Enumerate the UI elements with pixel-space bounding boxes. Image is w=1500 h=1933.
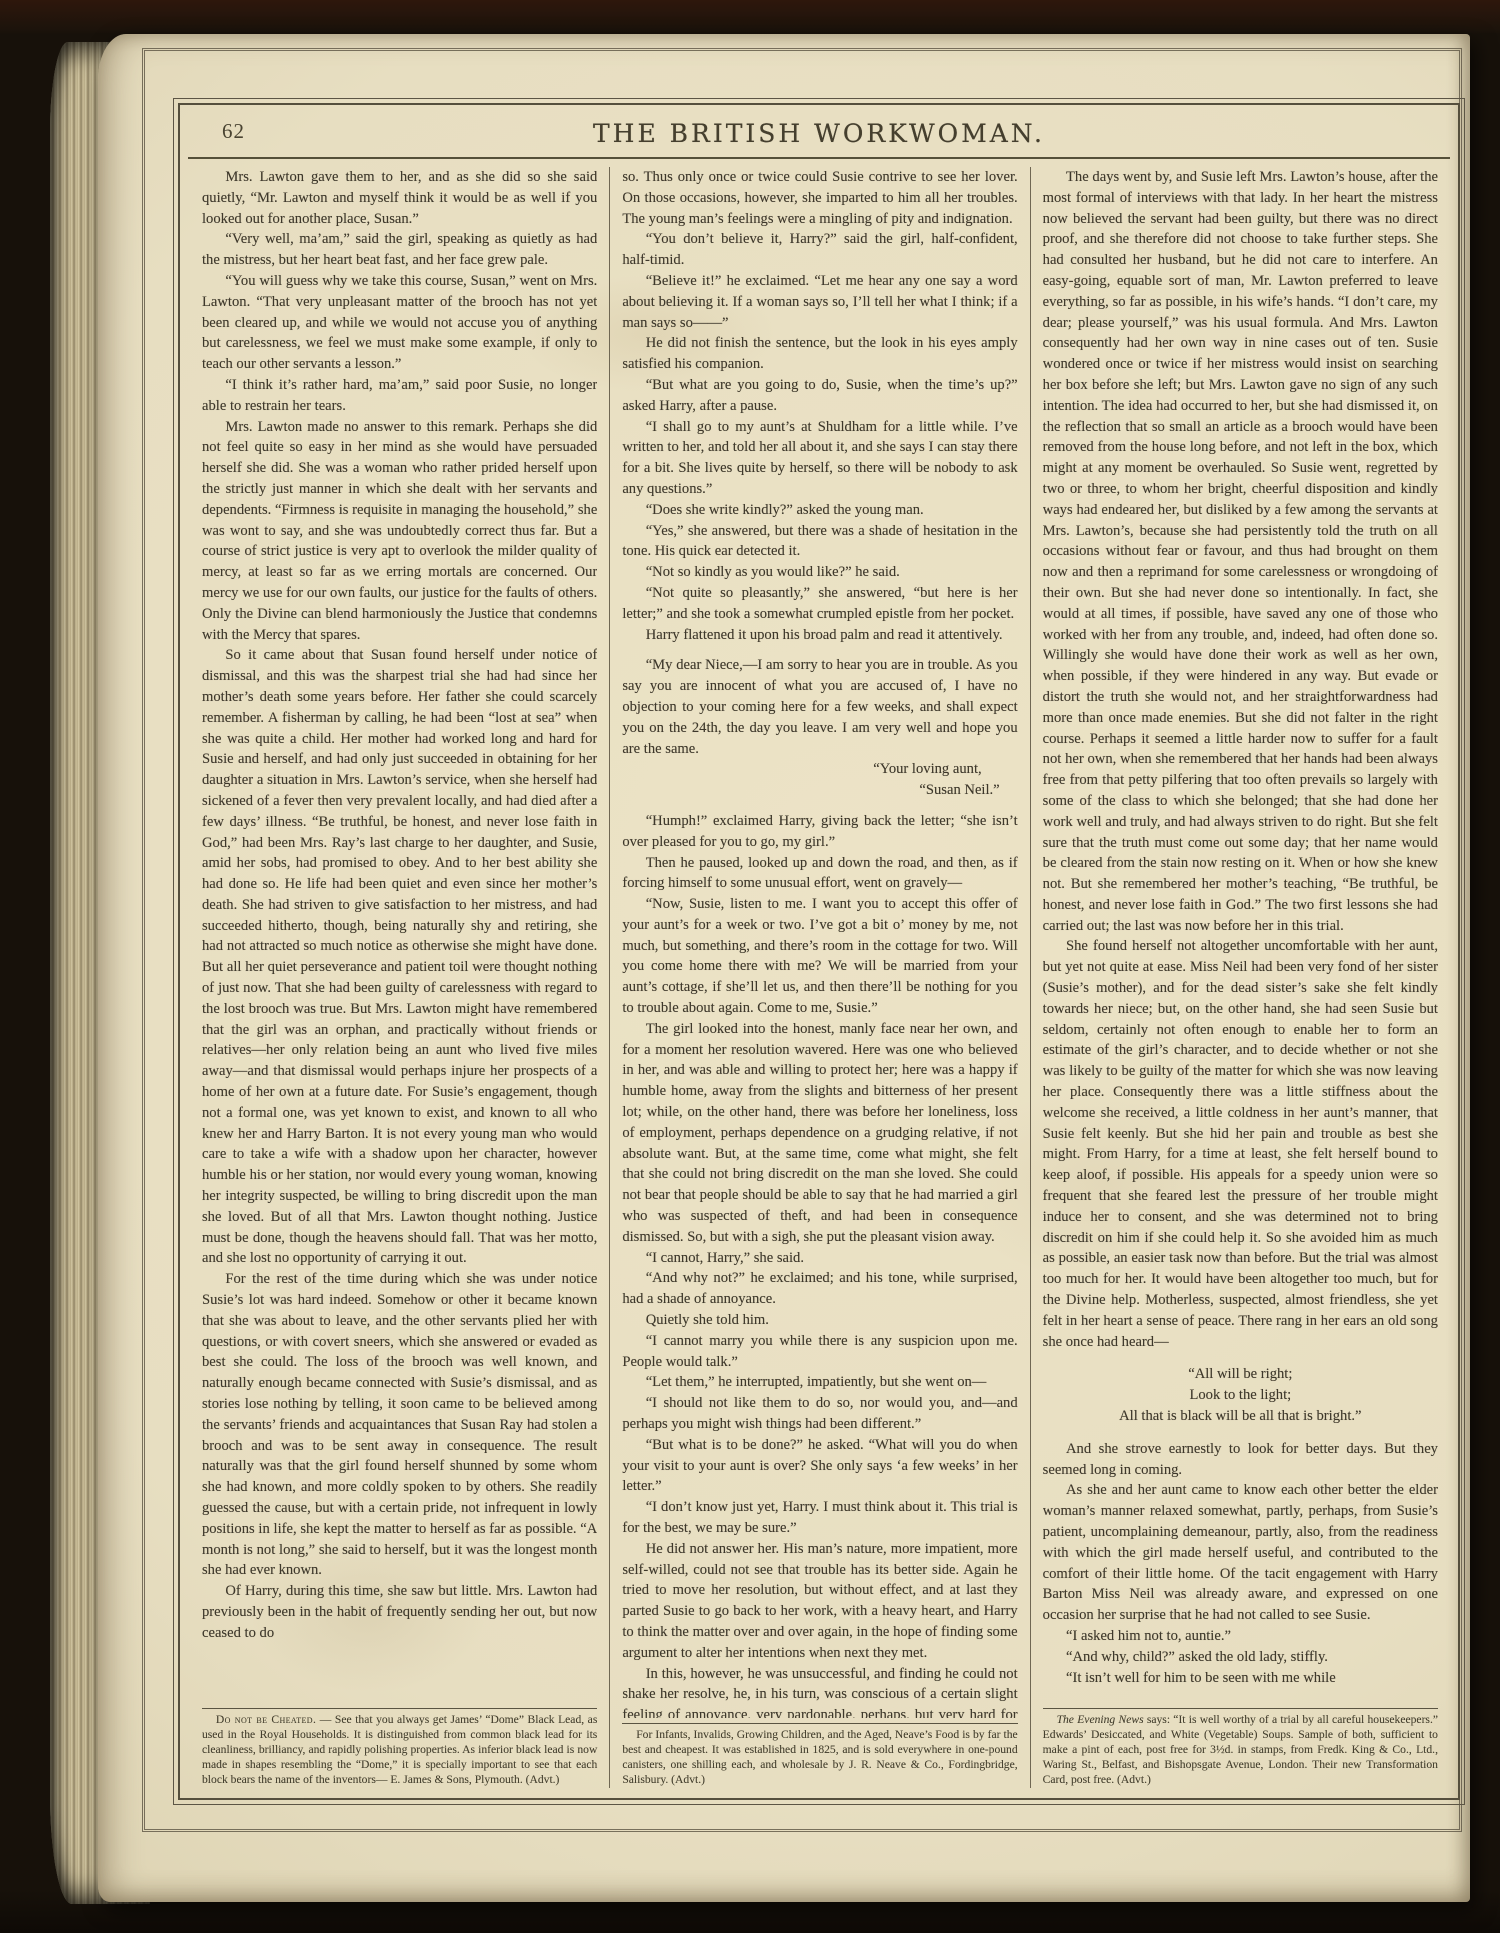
paragraph: “And why not?” he exclaimed; and his ton… [622, 1268, 1017, 1310]
column-left: Mrs. Lawton gave them to her, and as she… [190, 167, 609, 1788]
paragraph: “Now, Susie, listen to me. I want you to… [622, 894, 1017, 1019]
column-right-text: The days went by, and Susie left Mrs. La… [1043, 167, 1438, 1703]
paragraph: The girl looked into the honest, manly f… [622, 1019, 1017, 1248]
advert-footnote: For Infants, Invalids, Growing Children,… [622, 1728, 1017, 1788]
footnote-block: Do not be Cheated. — See that you always… [202, 1708, 597, 1788]
paragraph: Of Harry, during this time, she saw but … [202, 1581, 597, 1643]
paragraph: Quietly she told him. [622, 1310, 1017, 1331]
paragraph: “Let them,” he interrupted, impatiently,… [622, 1372, 1017, 1393]
footnote-rule [202, 1708, 597, 1709]
footnote-lead: Do not be Cheated. [216, 1713, 316, 1726]
column-left-text: Mrs. Lawton gave them to her, and as she… [202, 167, 597, 1703]
paragraph: As she and her aunt came to know each ot… [1043, 1480, 1438, 1626]
column-right: The days went by, and Susie left Mrs. La… [1030, 167, 1450, 1788]
paragraph: Then he paused, looked up and down the r… [622, 853, 1017, 895]
paragraph: “Not so kindly as you would like?” he sa… [622, 562, 1017, 583]
column-middle: so. Thus only once or twice could Susie … [609, 167, 1029, 1788]
paragraph: Harry flattened it upon his broad palm a… [622, 625, 1017, 646]
footnote-block: For Infants, Invalids, Growing Children,… [622, 1723, 1017, 1788]
newspaper-page: 62 THE BRITISH WORKWOMAN. Mrs. Lawton ga… [98, 34, 1470, 1902]
paragraph: “I shall go to my aunt’s at Shuldham for… [622, 417, 1017, 500]
paragraph: So it came about that Susan found hersel… [202, 645, 597, 1269]
paragraph: so. Thus only once or twice could Susie … [622, 167, 1017, 229]
paragraph: “I don’t know just yet, Harry. I must th… [622, 1497, 1017, 1539]
footnote-lead: The Evening News [1057, 1713, 1144, 1726]
paragraph: “My dear Niece,—I am sorry to hear you a… [622, 655, 1017, 759]
paragraph: “All will be right; Look to the light; A… [1043, 1364, 1438, 1426]
paragraph: “It isn’t well for him to be seen with m… [1043, 1668, 1438, 1689]
paragraph: “Yes,” she answered, but there was a sha… [622, 521, 1017, 563]
paragraph: “I should not like them to do so, nor wo… [622, 1393, 1017, 1435]
paragraph: “Humph!” exclaimed Harry, giving back th… [622, 811, 1017, 853]
paragraph: “I think it’s rather hard, ma’am,” said … [202, 375, 597, 417]
paragraph: The days went by, and Susie left Mrs. La… [1043, 167, 1438, 936]
paragraph: Mrs. Lawton gave them to her, and as she… [202, 167, 597, 229]
paragraph: He did not answer her. His man’s nature,… [622, 1539, 1017, 1664]
paragraph: “Your loving aunt, [622, 759, 1017, 780]
masthead: 62 THE BRITISH WORKWOMAN. [180, 105, 1458, 153]
paragraph: For the rest of the time during which sh… [202, 1269, 597, 1581]
paragraph: “But what are you going to do, Susie, wh… [622, 375, 1017, 417]
paragraph: “You will guess why we take this course,… [202, 271, 597, 375]
paragraph: “Susan Neil.” [622, 780, 1017, 801]
paragraph: “Does she write kindly?” asked the young… [622, 500, 1017, 521]
page-frame: 62 THE BRITISH WORKWOMAN. Mrs. Lawton ga… [178, 103, 1460, 1800]
column-layout: Mrs. Lawton gave them to her, and as she… [180, 159, 1458, 1798]
page-number: 62 [222, 119, 245, 144]
paragraph: “You don’t believe it, Harry?” said the … [622, 229, 1017, 271]
paragraph: “Not quite so pleasantly,” she answered,… [622, 583, 1017, 625]
paragraph: In this, however, he was unsuccessful, a… [622, 1664, 1017, 1719]
paragraph: “I cannot marry you while there is any s… [622, 1331, 1017, 1373]
footnote-block: The Evening News says: “It is well worth… [1043, 1708, 1438, 1788]
paragraph: “But what is to be done?” he asked. “Wha… [622, 1435, 1017, 1497]
advert-footnote: The Evening News says: “It is well worth… [1043, 1713, 1438, 1788]
column-middle-text: so. Thus only once or twice could Susie … [622, 167, 1017, 1718]
page-title: THE BRITISH WORKWOMAN. [180, 105, 1458, 148]
paragraph: And she strove earnestly to look for bet… [1043, 1439, 1438, 1481]
paragraph: Mrs. Lawton made no answer to this remar… [202, 417, 597, 646]
footnote-rule [622, 1723, 1017, 1724]
advert-footnote: Do not be Cheated. — See that you always… [202, 1713, 597, 1788]
paragraph: “Very well, ma’am,” said the girl, speak… [202, 229, 597, 271]
paragraph: She found herself not altogether uncomfo… [1043, 936, 1438, 1352]
paragraph: “Believe it!” he exclaimed. “Let me hear… [622, 271, 1017, 333]
paragraph: “I asked him not to, auntie.” [1043, 1626, 1438, 1647]
scanned-book-page: { "page": { "number": "62", "title": "TH… [0, 0, 1500, 1933]
footnote-lead: For Infants, Invalids, Growing Children,… [636, 1728, 959, 1741]
paragraph: He did not finish the sentence, but the … [622, 333, 1017, 375]
paragraph: “I cannot, Harry,” she said. [622, 1248, 1017, 1269]
paragraph: “And why, child?” asked the old lady, st… [1043, 1647, 1438, 1668]
footnote-rule [1043, 1708, 1438, 1709]
